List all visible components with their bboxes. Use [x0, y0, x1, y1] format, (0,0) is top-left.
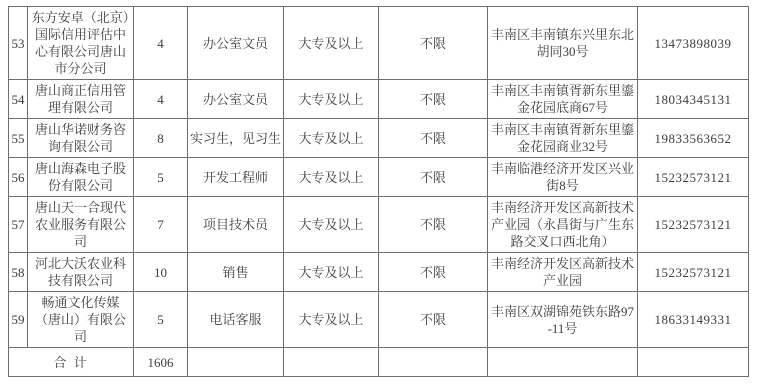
cell-row-number: 56: [9, 158, 28, 197]
cell-address: 丰南区丰南镇东兴里东北胡同30号: [488, 7, 638, 80]
cell-position: 项目技术员: [188, 197, 284, 253]
cell-address: 丰南经济开发区高新技术产业园: [488, 253, 638, 292]
cell-company: 唐山天一合现代农业服务有限公司: [28, 197, 134, 253]
cell-row-number: 54: [9, 80, 28, 119]
cell-education: 大专及以上: [284, 7, 379, 80]
table-row: 58 河北大沃农业科技有限公司 10 销售 大专及以上 不限 丰南经济开发区高新…: [9, 253, 749, 292]
cell-company: 唐山华诺财务咨询有限公司: [28, 119, 134, 158]
table-row: 53 东方安卓（北京）国际信用评估中心有限公司唐山市分公司 4 办公室文员 大专…: [9, 7, 749, 80]
cell-position: 销售: [188, 253, 284, 292]
cell-education: 大专及以上: [284, 292, 379, 348]
cell-empty: [638, 348, 749, 377]
cell-address: 丰南区丰南镇胥新东里鎏金花园底商67号: [488, 80, 638, 119]
cell-company: 河北大沃农业科技有限公司: [28, 253, 134, 292]
cell-limit: 不限: [379, 80, 488, 119]
cell-limit: 不限: [379, 7, 488, 80]
cell-address: 丰南区双湖锦苑铁东路97-11号: [488, 292, 638, 348]
cell-count: 4: [134, 7, 188, 80]
job-listings-table: 53 东方安卓（北京）国际信用评估中心有限公司唐山市分公司 4 办公室文员 大专…: [8, 6, 749, 377]
cell-count: 5: [134, 158, 188, 197]
table-row: 56 唐山海森电子股份有限公司 5 开发工程师 大专及以上 不限 丰南临港经济开…: [9, 158, 749, 197]
cell-row-number: 53: [9, 7, 28, 80]
cell-address: 丰南临港经济开发区兴业街8号: [488, 158, 638, 197]
cell-count: 8: [134, 119, 188, 158]
cell-address: 丰南区丰南镇胥新东里鎏金花园商业32号: [488, 119, 638, 158]
cell-company: 唐山海森电子股份有限公司: [28, 158, 134, 197]
cell-education: 大专及以上: [284, 119, 379, 158]
cell-empty: [188, 348, 284, 377]
cell-company: 畅通文化传媒（唐山）有限公司: [28, 292, 134, 348]
cell-row-number: 55: [9, 119, 28, 158]
cell-company: 唐山商正信用管理有限公司: [28, 80, 134, 119]
cell-total-count: 1606: [134, 348, 188, 377]
cell-row-number: 59: [9, 292, 28, 348]
cell-row-number: 58: [9, 253, 28, 292]
cell-total-label: 合 计: [9, 348, 134, 377]
table-row: 59 畅通文化传媒（唐山）有限公司 5 电话客服 大专及以上 不限 丰南区双湖锦…: [9, 292, 749, 348]
cell-address: 丰南经济开发区高新技术产业园（永昌街与广生东路交叉口西北角）: [488, 197, 638, 253]
cell-count: 5: [134, 292, 188, 348]
cell-empty: [488, 348, 638, 377]
cell-limit: 不限: [379, 158, 488, 197]
cell-phone: 15232573121: [638, 197, 749, 253]
table-row: 57 唐山天一合现代农业服务有限公司 7 项目技术员 大专及以上 不限 丰南经济…: [9, 197, 749, 253]
cell-row-number: 57: [9, 197, 28, 253]
cell-phone: 19833563652: [638, 119, 749, 158]
cell-position: 电话客服: [188, 292, 284, 348]
total-row: 合 计 1606: [9, 348, 749, 377]
cell-phone: 18034345131: [638, 80, 749, 119]
table-row: 54 唐山商正信用管理有限公司 4 办公室文员 大专及以上 不限 丰南区丰南镇胥…: [9, 80, 749, 119]
cell-education: 大专及以上: [284, 158, 379, 197]
cell-limit: 不限: [379, 197, 488, 253]
cell-count: 4: [134, 80, 188, 119]
cell-position: 实习生，见习生: [188, 119, 284, 158]
cell-count: 10: [134, 253, 188, 292]
table-row: 55 唐山华诺财务咨询有限公司 8 实习生，见习生 大专及以上 不限 丰南区丰南…: [9, 119, 749, 158]
cell-education: 大专及以上: [284, 253, 379, 292]
cell-education: 大专及以上: [284, 80, 379, 119]
cell-company: 东方安卓（北京）国际信用评估中心有限公司唐山市分公司: [28, 7, 134, 80]
cell-phone: 18633149331: [638, 292, 749, 348]
cell-count: 7: [134, 197, 188, 253]
document-page: 53 东方安卓（北京）国际信用评估中心有限公司唐山市分公司 4 办公室文员 大专…: [0, 0, 761, 390]
cell-position: 开发工程师: [188, 158, 284, 197]
cell-position: 办公室文员: [188, 80, 284, 119]
cell-phone: 15232573121: [638, 158, 749, 197]
cell-limit: 不限: [379, 292, 488, 348]
cell-limit: 不限: [379, 119, 488, 158]
cell-empty: [284, 348, 379, 377]
cell-phone: 13473898039: [638, 7, 749, 80]
cell-position: 办公室文员: [188, 7, 284, 80]
cell-empty: [379, 348, 488, 377]
cell-phone: 15232573121: [638, 253, 749, 292]
cell-education: 大专及以上: [284, 197, 379, 253]
cell-limit: 不限: [379, 253, 488, 292]
